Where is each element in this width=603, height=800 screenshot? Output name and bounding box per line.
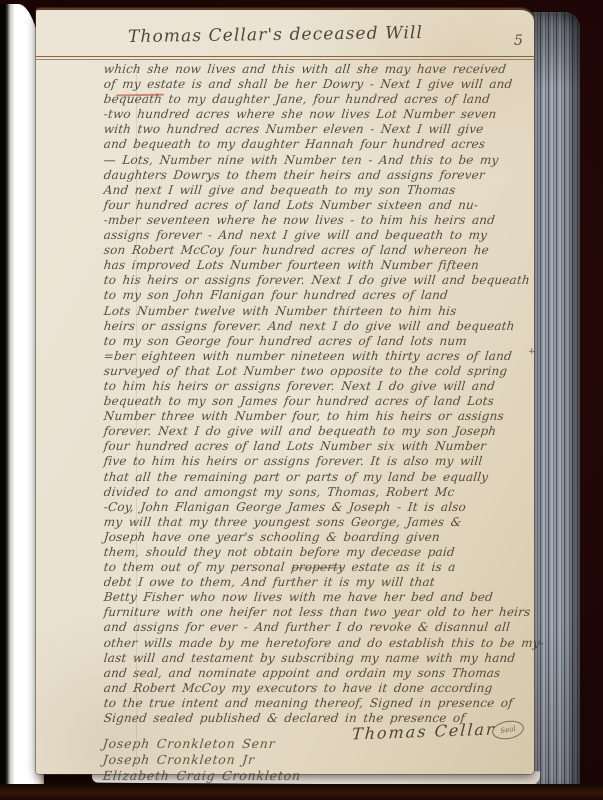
will-text-line: to him his heirs or assigns forever. Nex… bbox=[103, 379, 543, 394]
book-photo: { "colors": { "backdrop": "#1c0605", "pa… bbox=[0, 0, 603, 800]
will-text-line: -mber seventeen where he now lives - to … bbox=[103, 213, 543, 228]
will-text-line: and assigns for ever - And further I do … bbox=[103, 620, 543, 635]
will-text-line: daughters Dowrys to them their heirs and… bbox=[103, 168, 543, 183]
will-text-line: And next I will give and bequeath to my … bbox=[103, 183, 543, 198]
witness-signature: Joseph Cronkleton Jr bbox=[102, 752, 302, 768]
page-title: Thomas Cellar's deceased Will bbox=[128, 23, 423, 47]
will-text-line: other wills made by me heretofore and do… bbox=[103, 636, 543, 651]
page-number: 5 bbox=[514, 33, 523, 49]
will-text-line: five to him his heirs or assigns forever… bbox=[103, 454, 543, 469]
will-text-line: has improved Lots Number fourteen with N… bbox=[103, 258, 543, 273]
witness-signature: Joseph Cronkleton Senr bbox=[102, 736, 302, 752]
will-text-line: to them out of my personal p̶r̶o̶p̶e̶r̶t… bbox=[103, 560, 543, 575]
will-text-line: that all the remaining part or parts of … bbox=[103, 470, 543, 485]
will-text-line: and Robert McCoy my executors to have it… bbox=[103, 681, 543, 696]
will-text-line: and bequeath to my daughter Hannah four … bbox=[103, 137, 543, 152]
will-text-line: -Coy, John Flanigan George James & Josep… bbox=[103, 500, 543, 515]
will-text-line: and seal, and nominate appoint and ordai… bbox=[103, 666, 543, 681]
will-text-line: last will and testament by subscribing m… bbox=[103, 651, 543, 666]
will-text-line: four hundred acres of land Lots Number s… bbox=[103, 198, 543, 213]
header-rule-bottom-line bbox=[36, 59, 534, 60]
will-text-line: debt I owe to them, And further it is my… bbox=[103, 575, 543, 590]
will-text-line: surveyed of that Lot Number two opposite… bbox=[103, 364, 543, 379]
will-body-text: which she now lives and this with all sh… bbox=[103, 62, 541, 726]
will-text-line: of my estate is and shall be her Dowry -… bbox=[103, 77, 543, 92]
will-text-line: — Lots, Number nine with Number ten - An… bbox=[103, 153, 543, 168]
header-rule bbox=[36, 56, 534, 60]
will-text-line: forever. Next I do give will and bequeat… bbox=[103, 424, 543, 439]
will-text-line: them, should they not obtain before my d… bbox=[103, 545, 543, 560]
will-text-line: =ber eighteen with number nineteen with … bbox=[103, 349, 543, 364]
will-text-line: son Robert McCoy four hundred acres of l… bbox=[103, 243, 543, 258]
will-text-line: which she now lives and this with all sh… bbox=[103, 62, 543, 77]
will-text-line: Number three with Number four, to him hi… bbox=[103, 409, 543, 424]
will-text-line: heirs or assigns forever. And next I do … bbox=[103, 319, 543, 334]
will-text-line: to the true intent and meaning thereof, … bbox=[103, 696, 543, 711]
will-text-line: with two hundred acres Number eleven - N… bbox=[103, 122, 543, 137]
margin-cross-mark: + bbox=[528, 347, 536, 357]
will-text-line: assigns forever - And next I give will a… bbox=[103, 228, 543, 243]
will-text-line: to my son George four hundred acres of l… bbox=[103, 334, 543, 349]
will-text-line: Joseph have one year's schooling & board… bbox=[103, 530, 543, 545]
will-text-line: furniture with one heifer not less than … bbox=[103, 605, 543, 620]
will-text-line: -two hundred acres where she now lives L… bbox=[103, 107, 543, 122]
header-rule-top-line bbox=[36, 56, 534, 57]
will-text-line: bequeath to my daughter Jane, four hundr… bbox=[103, 92, 543, 107]
will-text-line: Betty Fisher who now lives with me have … bbox=[103, 590, 543, 605]
will-text-line: Lots Number twelve with Number thirteen … bbox=[103, 304, 543, 319]
will-text-line: divided to and amongst my sons, Thomas, … bbox=[103, 485, 543, 500]
will-text-line: to his heirs or assigns forever. Next I … bbox=[103, 273, 543, 288]
witness-signature: Elizabeth Craig Cronkleton bbox=[102, 768, 302, 784]
will-text-line: bequeath to my son James four hundred ac… bbox=[103, 394, 543, 409]
will-text-line: four hundred acres of land Lots Number s… bbox=[103, 439, 543, 454]
will-text-line: my will that my three youngest sons Geor… bbox=[103, 515, 543, 530]
witness-signatures: Joseph Cronkleton SenrJoseph Cronkleton … bbox=[102, 736, 300, 784]
book-cover-bottom bbox=[0, 784, 603, 800]
will-text-line: to my son John Flanigan four hundred acr… bbox=[103, 288, 543, 303]
